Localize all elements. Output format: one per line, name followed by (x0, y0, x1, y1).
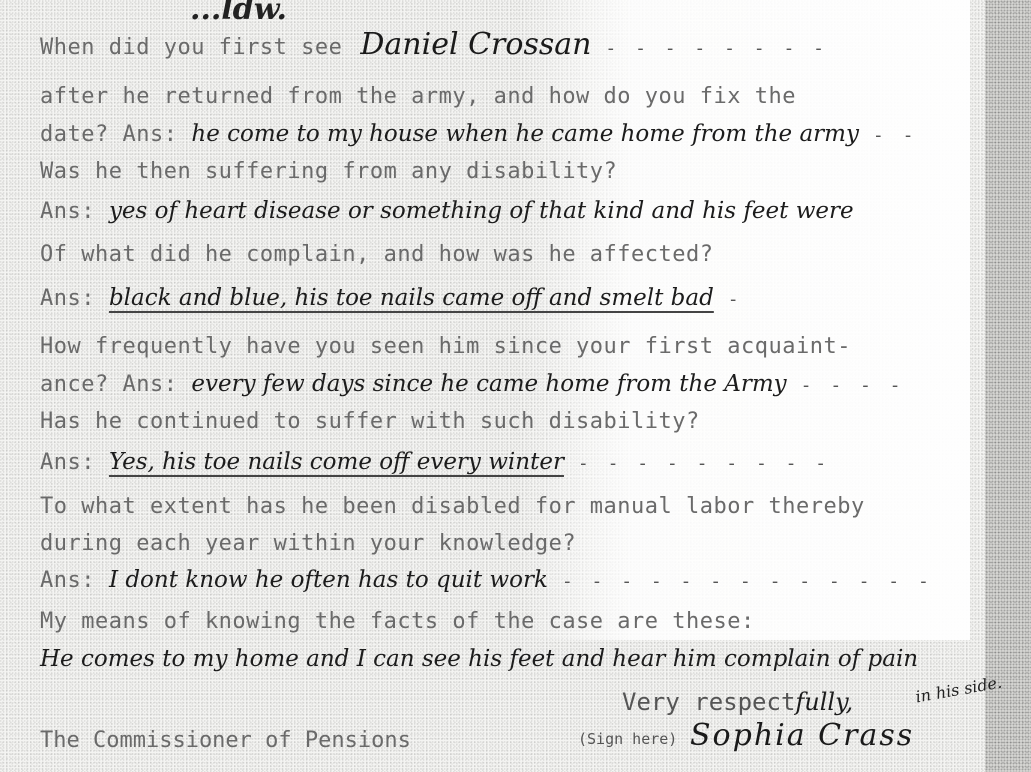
answer-line-continued: Ans: Yes, his toe nails come off every w… (40, 446, 830, 479)
scanned-document-page: ...ldw. When did you first see Daniel Cr… (0, 0, 1031, 772)
sign-here-label: (Sign here) (578, 730, 677, 748)
handwritten-answer: He comes to my home and I can see his fe… (40, 646, 918, 672)
question-line-complaint: Of what did he complain, and how was he … (40, 238, 714, 270)
printed-question: Of what did he complain, and how was he … (40, 242, 714, 267)
fill-dashes: - - (873, 125, 918, 146)
printed-label: date? Ans: (40, 122, 177, 147)
question-line-frequency: How frequently have you seen him since y… (40, 330, 851, 362)
printed-question: Has he continued to suffer with such dis… (40, 409, 700, 434)
handwritten-answer: every few days since he came home from t… (191, 371, 786, 397)
handwritten-answer: he come to my house when he came home fr… (191, 121, 859, 147)
affiant-signature: Sophia Crass (690, 718, 914, 753)
fill-dashes: - - - - - - - - - - - - - (562, 571, 933, 592)
printed-label: Ans: (40, 286, 95, 311)
answer-line-complaint: Ans: black and blue, his toe nails came … (40, 282, 743, 315)
question-line-extent: To what extent has he been disabled for … (40, 490, 865, 522)
printed-label: ance? Ans: (40, 372, 177, 397)
fill-dashes: - - - - (801, 375, 905, 396)
answer-line-date: date? Ans: he come to my house when he c… (40, 118, 917, 151)
question-line-returned-army: after he returned from the army, and how… (40, 80, 796, 112)
page-edge-shadow (985, 0, 1031, 772)
printed-question: To what extent has he been disabled for … (40, 494, 865, 519)
handwritten-answer: black and blue, his toe nails came off a… (109, 285, 714, 311)
printed-label: Ans: (40, 199, 95, 224)
closing-printed: Very respect (622, 688, 795, 716)
printed-question: during each year within your knowledge? (40, 531, 576, 556)
fill-dashes: - - - - - - - - (605, 38, 828, 59)
addressee-line: The Commissioner of Pensions (40, 728, 411, 753)
handwritten-claimant-name: Daniel Crossan (360, 27, 591, 62)
handwritten-answer: I dont know he often has to quit work (109, 567, 548, 593)
answer-line-disability: Ans: yes of heart disease or something o… (40, 195, 854, 227)
fill-dashes: - - - - - - - - - (578, 453, 830, 474)
answer-line-means: He comes to my home and I can see his fe… (34, 643, 918, 674)
answer-line-extent: Ans: I dont know he often has to quit wo… (40, 564, 933, 597)
printed-label: Ans: (40, 568, 95, 593)
printed-question: after he returned from the army, and how… (40, 84, 796, 109)
question-line-disability: Was he then suffering from any disabilit… (40, 155, 617, 187)
question-line-extent-cont: during each year within your knowledge? (40, 527, 576, 559)
printed-question: Was he then suffering from any disabilit… (40, 159, 617, 184)
answer-line-frequency: ance? Ans: every few days since he came … (40, 368, 905, 401)
handwritten-answer: Yes, his toe nails come off every winter (109, 449, 564, 475)
question-line-means: My means of knowing the facts of the cas… (40, 605, 755, 637)
question-line-first-see: When did you first see Daniel Crossan - … (40, 30, 828, 64)
fill-dashes: - (728, 289, 743, 310)
header-fragment: ...ldw. (190, 0, 287, 27)
printed-question: When did you first see (40, 35, 342, 60)
closing-handwritten: fully, (795, 688, 853, 716)
closing-salutation: Very respectfully, (622, 688, 853, 716)
printed-question: How frequently have you seen him since y… (40, 334, 851, 359)
printed-question: My means of knowing the facts of the cas… (40, 609, 755, 634)
handwritten-answer: yes of heart disease or something of tha… (109, 198, 854, 224)
printed-label: Ans: (40, 450, 95, 475)
question-line-continued: Has he continued to suffer with such dis… (40, 405, 700, 437)
